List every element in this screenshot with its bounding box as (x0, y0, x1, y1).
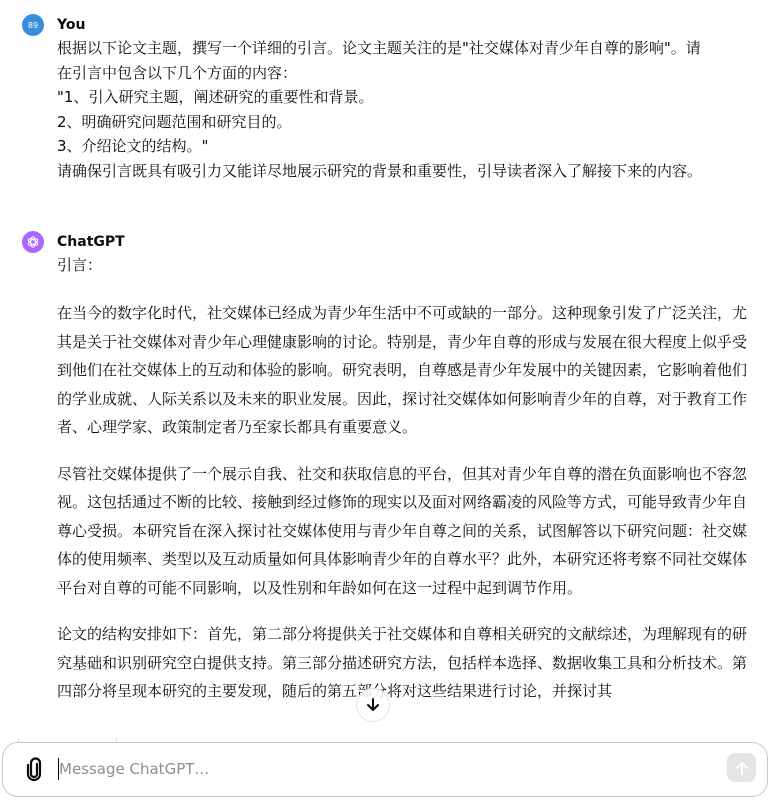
user-author-name: You (57, 14, 760, 36)
assistant-author-name: ChatGPT (57, 231, 760, 253)
send-button[interactable] (727, 753, 756, 782)
paragraph: 在当今的数字化时代，社交媒体已经成为青少年生活中不可或缺的一部分。这种现象引发了… (57, 299, 760, 442)
arrow-down-icon (365, 697, 381, 713)
user-message-text: 根据以下论文主题，撰写一个详细的引言。论文主题关注的是"社交媒体对青少年自尊的影… (57, 36, 760, 183)
message-input[interactable] (59, 755, 659, 783)
user-message: 89 You 根据以下论文主题，撰写一个详细的引言。论文主题关注的是"社交媒体对… (0, 14, 780, 183)
arrow-up-icon (734, 760, 750, 776)
openai-logo-icon (26, 235, 40, 249)
user-avatar-text: 89 (28, 21, 38, 30)
scroll-to-bottom-button[interactable] (356, 688, 390, 722)
intro-heading: 引言： (57, 253, 760, 277)
message-composer (2, 742, 768, 797)
user-avatar: 89 (22, 14, 44, 36)
user-line: 请确保引言既具有吸引力又能详尽地展示研究的背景和重要性，引导读者深入了解接下来的… (57, 159, 760, 184)
paragraph: 论文的结构安排如下：首先，第二部分将提供关于社交媒体和自尊相关研究的文献综述，为… (57, 620, 760, 706)
assistant-message-text: 引言： 在当今的数字化时代，社交媒体已经成为青少年生活中不可或缺的一部分。这种现… (57, 253, 760, 706)
paperclip-icon (23, 757, 45, 783)
user-line: 2、明确研究问题范围和研究目的。 (57, 110, 760, 135)
user-line: 在引言中包含以下几个方面的内容： (57, 61, 760, 86)
user-line: 3、介绍论文的结构。" (57, 134, 760, 159)
assistant-message: ChatGPT 引言： 在当今的数字化时代，社交媒体已经成为青少年生活中不可或缺… (0, 231, 780, 724)
paragraph: 尽管社交媒体提供了一个展示自我、社交和获取信息的平台，但其对青少年自尊的潜在负面… (57, 460, 760, 603)
user-line: 根据以下论文主题，撰写一个详细的引言。论文主题关注的是"社交媒体对青少年自尊的影… (57, 36, 760, 61)
attach-file-button[interactable] (23, 757, 45, 783)
chatgpt-avatar (22, 231, 44, 253)
user-line: "1、引入研究主题，阐述研究的重要性和背景。 (57, 85, 760, 110)
